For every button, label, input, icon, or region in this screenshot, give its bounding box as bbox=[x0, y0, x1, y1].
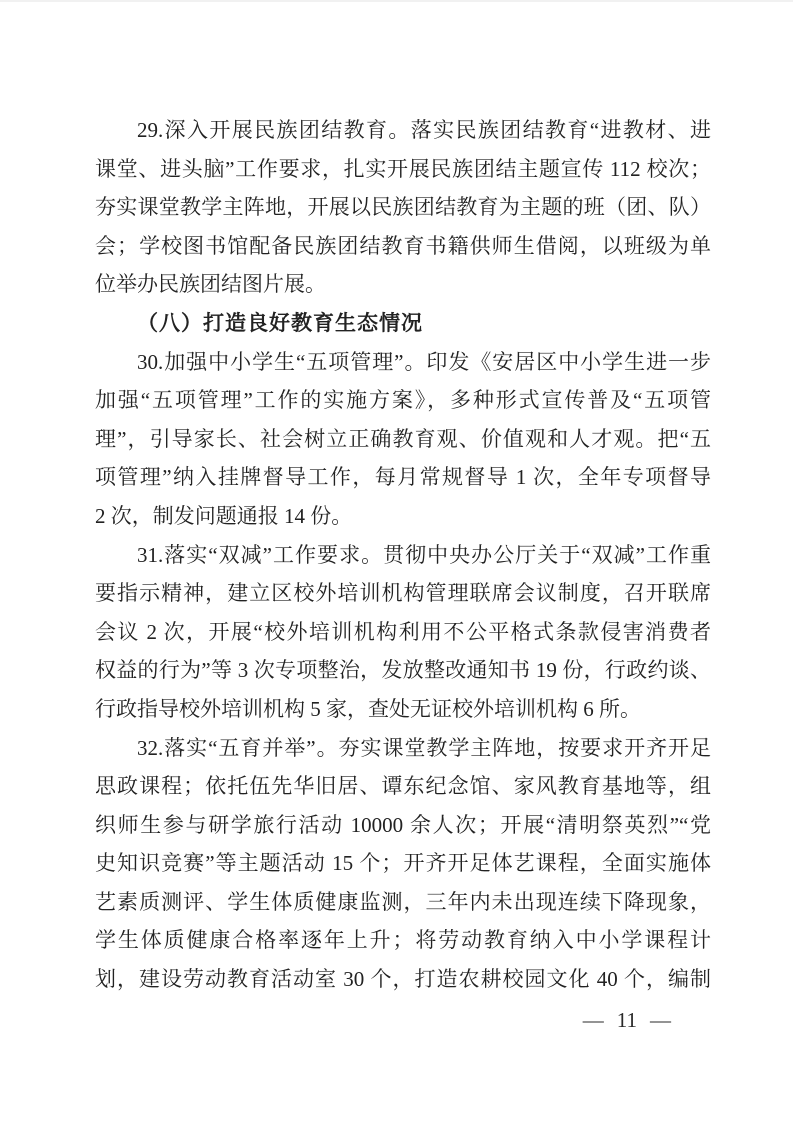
paragraph-29-line-3: 夯实课堂教学主阵地，开展以民族团结教育为主题的班（团、队） bbox=[95, 188, 711, 227]
paragraph-31-line-4: 权益的行为”等 3 次专项整治，发放整改通知书 19 份，行政约谈、 bbox=[95, 651, 711, 690]
paragraph-31-line-5: 行政指导校外培训机构 5 家，查处无证校外培训机构 6 所。 bbox=[95, 690, 711, 729]
paragraph-32-line-5: 艺素质测评、学生体质健康监测，三年内未出现连续下降现象， bbox=[95, 883, 711, 922]
paragraph-31-line-2: 要指示精神，建立区校外培训机构管理联席会议制度，召开联席 bbox=[95, 574, 711, 613]
paragraph-32-line-1: 32.落实“五育并举”。夯实课堂教学主阵地，按要求开齐开足 bbox=[95, 729, 711, 768]
paragraph-29-line-4: 会；学校图书馆配备民族团结教育书籍供师生借阅，以班级为单 bbox=[95, 227, 711, 266]
paragraph-30-line-3: 理”，引导家长、社会树立正确教育观、价值观和人才观。把“五 bbox=[95, 420, 711, 459]
paragraph-31-line-3: 会议 2 次，开展“校外培训机构利用不公平格式条款侵害消费者 bbox=[95, 613, 711, 652]
paragraph-30-line-2: 加强“五项管理”工作的实施方案》，多种形式宣传普及“五项管 bbox=[95, 381, 711, 420]
paragraph-32-line-4: 史知识竞赛”等主题活动 15 个；开齐开足体艺课程，全面实施体 bbox=[95, 844, 711, 883]
paragraph-30-line-4: 项管理”纳入挂牌督导工作，每月常规督导 1 次，全年专项督导 bbox=[95, 458, 711, 497]
paragraph-32-line-7: 划，建设劳动教育活动室 30 个，打造农耕校园文化 40 个，编制 bbox=[95, 960, 711, 999]
paragraph-32-line-6: 学生体质健康合格率逐年上升；将劳动教育纳入中小学课程计 bbox=[95, 921, 711, 960]
paragraph-29-line-2: 课堂、进头脑”工作要求，扎实开展民族团结主题宣传 112 校次； bbox=[95, 150, 711, 189]
page-number-value: 11 bbox=[617, 1001, 637, 1039]
paragraph-32-line-3: 织师生参与研学旅行活动 10000 余人次；开展“清明祭英烈”“党 bbox=[95, 806, 711, 845]
document-body: 29.深入开展民族团结教育。落实民族团结教育“进教材、进课堂、进头脑”工作要求，… bbox=[95, 111, 711, 999]
page-number-dash-left: — bbox=[583, 1001, 604, 1039]
document-page: 29.深入开展民族团结教育。落实民族团结教育“进教材、进课堂、进头脑”工作要求，… bbox=[0, 0, 793, 1122]
section-heading: （八）打造良好教育生态情况 bbox=[95, 304, 711, 343]
paragraph-30-line-5: 2 次，制发问题通报 14 份。 bbox=[95, 497, 711, 536]
page-number-dash-right: — bbox=[650, 1001, 671, 1039]
paragraph-32-line-2: 思政课程；依托伍先华旧居、谭东纪念馆、家风教育基地等，组 bbox=[95, 767, 711, 806]
paragraph-30-line-1: 30.加强中小学生“五项管理”。印发《安居区中小学生进一步 bbox=[95, 343, 711, 382]
paragraph-29-line-5: 位举办民族团结图片展。 bbox=[95, 265, 711, 304]
paragraph-29-line-1: 29.深入开展民族团结教育。落实民族团结教育“进教材、进 bbox=[95, 111, 711, 150]
page-number: — 11 — bbox=[583, 1001, 671, 1039]
paragraph-31-line-1: 31.落实“双减”工作要求。贯彻中央办公厅关于“双减”工作重 bbox=[95, 536, 711, 575]
